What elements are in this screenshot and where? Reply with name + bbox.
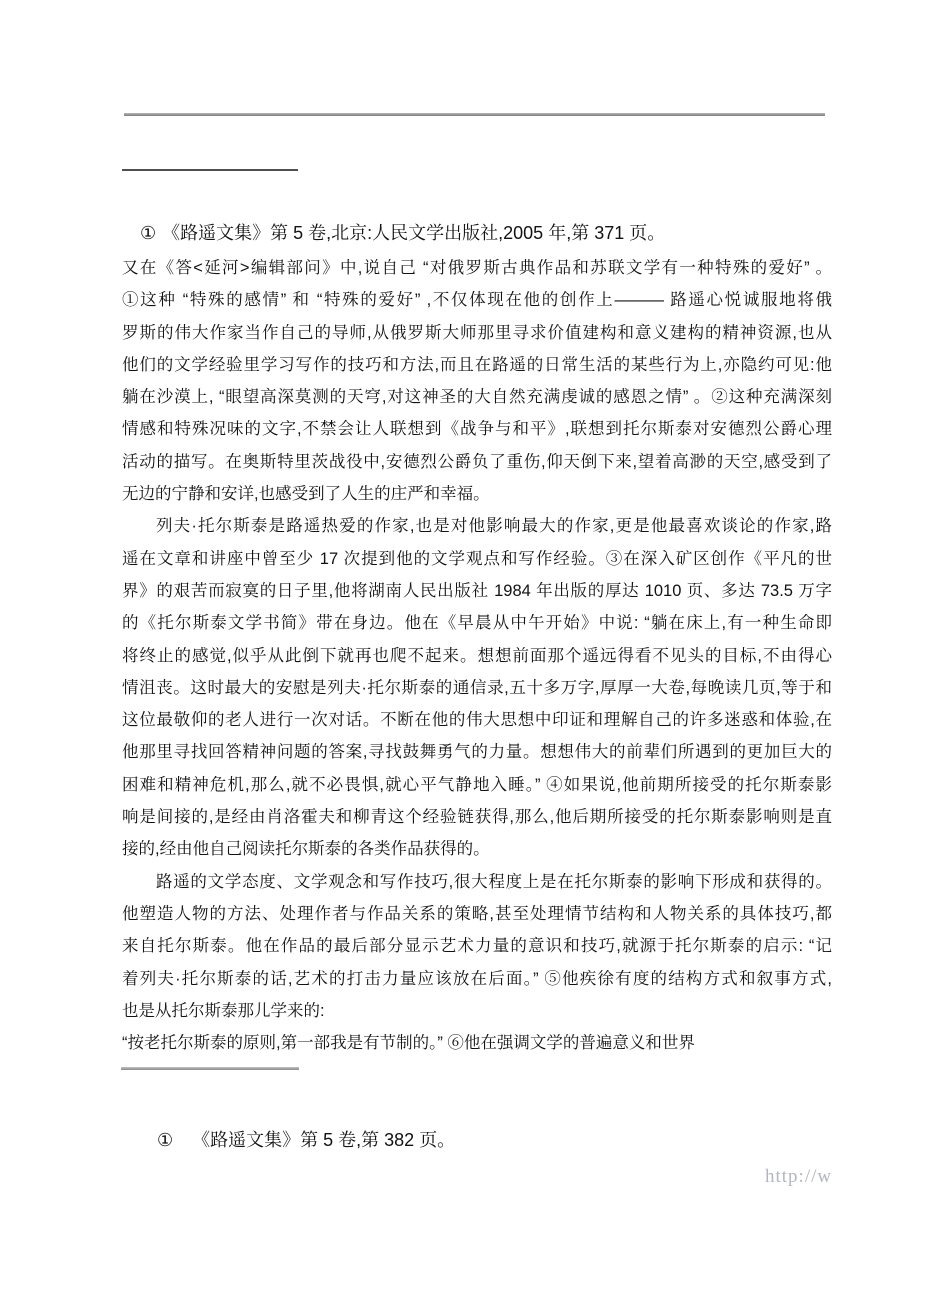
footnote-top: ①《路遥文集》第 5 卷,北京:人民文学出版社,2005 年,第 371 页。 xyxy=(140,219,665,245)
body-line: 困难和精神危机,那么,就不必畏惧,就心平气静地入睡。” ④如果说,他前期所接受的… xyxy=(122,769,832,801)
body-line: 遥在文章和讲座中曾至少 17 次提到他的文学观点和写作经验。③在深入矿区创作《平… xyxy=(122,543,832,575)
body-line: 这位最敬仰的老人进行一次对话。不断在他的伟大思想中印证和理解自己的许多迷惑和体验… xyxy=(122,704,832,736)
body-line: “按老托尔斯泰的原则,第一部我是有节制的。” ⑥他在强调文学的普遍意义和世界 xyxy=(122,1027,832,1059)
body-line: 也是从托尔斯泰那儿学来的: xyxy=(122,995,832,1027)
footnote-bottom: ①《路遥文集》第 5 卷,第 382 页。 xyxy=(157,1126,455,1152)
body-line: ①这种 “特殊的感情” 和 “特殊的爱好” ,不仅体现在他的创作上——— 路遥心… xyxy=(122,284,832,316)
body-line: 躺在沙漠上, “眼望高深莫测的天穹,对这神圣的大自然充满虔诚的感恩之情” 。②这… xyxy=(122,381,832,413)
footnote-separator-top xyxy=(122,169,298,171)
footnote-separator-bottom xyxy=(121,1067,299,1070)
body-line: 无边的宁静和安详,也感受到了人生的庄严和幸福。 xyxy=(122,478,832,510)
body-line: 接的,经由他自己阅读托尔斯泰的各类作品获得的。 xyxy=(122,833,832,865)
body-line: 情沮丧。这时最大的安慰是列夫·托尔斯泰的通信录,五十多万字,厚厚一大卷,每晚读几… xyxy=(122,672,832,704)
body-line: 罗斯的伟大作家当作自己的导师,从俄罗斯大师那里寻求价值建构和意义建构的精神资源,… xyxy=(122,317,832,349)
body-line: 响是间接的,是经由肖洛霍夫和柳青这个经验链获得,那么,他后期所接受的托尔斯泰影响… xyxy=(122,801,832,833)
body-line: 他们的文学经验里学习写作的技巧和方法,而且在路遥的日常生活的某些行为上,亦隐约可… xyxy=(122,349,832,381)
body-line: 着列夫·托尔斯泰的话,艺术的打击力量应该放在后面。” ⑤他疾徐有度的结构方式和叙… xyxy=(122,963,832,995)
footnote-text: 《路遥文集》第 5 卷,北京:人民文学出版社,2005 年,第 371 页。 xyxy=(162,223,665,243)
body-line: 列夫·托尔斯泰是路遥热爱的作家,也是对他影响最大的作家,更是他最喜欢谈论的作家,… xyxy=(122,510,832,542)
body-line: 的《托尔斯泰文学书简》带在身边。他在《早晨从中午开始》中说: “躺在床上,有一种… xyxy=(122,607,832,639)
body-line: 将终止的感觉,似乎从此倒下就再也爬不起来。想想前面那个遥远得看不见头的目标,不由… xyxy=(122,640,832,672)
body-line: 活动的描写。在奥斯特里茨战役中,安德烈公爵负了重伤,仰天倒下来,望着高渺的天空,… xyxy=(122,446,832,478)
body-line: 他那里寻找回答精神问题的答案,寻找鼓舞勇气的力量。想想伟大的前辈们所遇到的更加巨… xyxy=(122,736,832,768)
footnote-marker: ① xyxy=(140,223,156,243)
footnote-text: 《路遥文集》第 5 卷,第 382 页。 xyxy=(192,1130,455,1150)
top-page-divider xyxy=(124,113,825,116)
body-line: 路遥的文学态度、文学观念和写作技巧,很大程度上是在托尔斯泰的影响下形成和获得的。 xyxy=(122,866,832,898)
document-body: 又在《答<延河>编辑部问》中,说自己 “对俄罗斯古典作品和苏联文学有一种特殊的爱… xyxy=(122,252,832,1059)
body-line: 界》的艰苦而寂寞的日子里,他将湖南人民出版社 1984 年出版的厚达 1010 … xyxy=(122,575,832,607)
body-line: 又在《答<延河>编辑部问》中,说自己 “对俄罗斯古典作品和苏联文学有一种特殊的爱… xyxy=(122,252,832,284)
body-line: 来自托尔斯泰。他在作品的最后部分显示艺术力量的意识和技巧,就源于托尔斯泰的启示:… xyxy=(122,930,832,962)
body-line: 情感和特殊况味的文字,不禁会让人联想到《战争与和平》,联想到托尔斯泰对安德烈公爵… xyxy=(122,413,832,445)
footnote-marker: ① xyxy=(157,1130,173,1150)
body-line: 他塑造人物的方法、处理作者与作品关系的策略,甚至处理情节结构和人物关系的具体技巧… xyxy=(122,898,832,930)
url-watermark: http://w xyxy=(765,1166,832,1188)
